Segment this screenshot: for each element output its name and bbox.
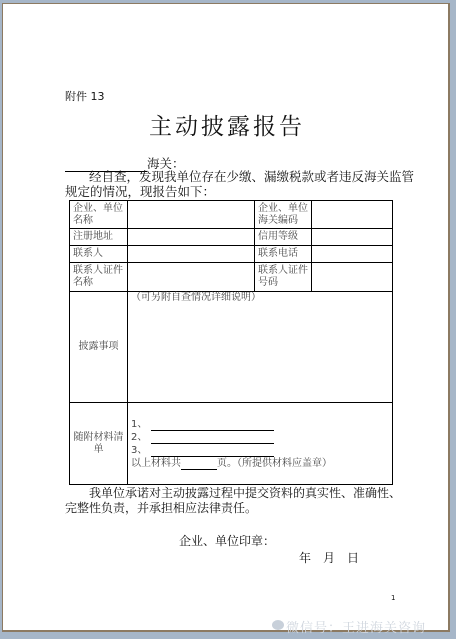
materials-list: 1、 2、 3、 以上材料共页。（所提供材料应盖章） (128, 403, 393, 485)
page-number: 1 (391, 594, 395, 602)
commitment-line-2: 完整性负责，并承担相应法律责任。 (65, 501, 401, 516)
attachment-label: 附件 13 (65, 88, 105, 104)
page-count-blank[interactable] (181, 459, 217, 470)
intro-line-1: 经自查，发现我单位存在少缴、漏缴税款或者违反海关监管 (65, 169, 414, 184)
field-label: 企业、单位海关编码 (255, 201, 312, 229)
item-number: 1、 (131, 419, 147, 430)
commitment-paragraph: 我单位承诺对主动披露过程中提交资料的真实性、准确性、 完整性负责，并承担相应法律… (65, 486, 401, 516)
materials-total: 以上材料共页。（所提供材料应盖章） (131, 457, 389, 470)
total-prefix: 以上材料共 (131, 458, 181, 469)
intro-line-2: 规定的情况，现报告如下： (65, 184, 414, 199)
wechat-icon (272, 620, 284, 630)
customs-code-field[interactable] (312, 201, 393, 229)
table-row: 披露事项 （可另附自查情况详细说明） (70, 292, 393, 403)
material-2-blank[interactable] (151, 433, 274, 444)
seal-label: 企业、单位印章： (179, 532, 275, 549)
field-label: 联系人证件号码 (255, 263, 312, 292)
material-item-2: 2、 (131, 431, 389, 444)
field-label: 联系电话 (255, 246, 312, 263)
disclosure-note: （可另附自查情况详细说明） (131, 292, 261, 303)
registered-address-field[interactable] (128, 229, 255, 246)
material-1-blank[interactable] (151, 420, 274, 431)
item-number: 3、 (131, 445, 147, 456)
document-page: 附件 13 主动披露报告 海关： 经自查，发现我单位存在少缴、漏缴税款或者违反海… (2, 3, 450, 632)
field-label: 注册地址 (70, 229, 128, 246)
total-suffix: 页。（所提供材料应盖章） (217, 458, 332, 469)
page-title: 主动披露报告 (149, 108, 305, 141)
materials-label: 随附材料清单 (70, 403, 128, 485)
field-label: 联系人 (70, 246, 128, 263)
item-number: 2、 (131, 432, 147, 443)
material-item-1: 1、 (131, 418, 389, 431)
contact-id-type-field[interactable] (128, 263, 255, 292)
field-label: 企业、单位名称 (70, 201, 128, 229)
table-row: 随附材料清单 1、 2、 3、 以上材料共页。（所提供材料应盖章） (70, 403, 393, 485)
disclosure-label: 披露事项 (70, 292, 128, 403)
table-row: 联系人证件名称 联系人证件号码 (70, 263, 393, 292)
disclosure-details-field[interactable]: （可另附自查情况详细说明） (128, 292, 393, 403)
company-name-field[interactable] (128, 201, 255, 229)
table-row: 联系人 联系电话 (70, 246, 393, 263)
watermark: 微信号：王进海关咨询 (286, 617, 426, 636)
commitment-line-1: 我单位承诺对主动披露过程中提交资料的真实性、准确性、 (65, 486, 401, 501)
disclosure-form-table: 企业、单位名称 企业、单位海关编码 注册地址 信用等级 联系人 联系电话 联系人… (69, 200, 393, 485)
intro-paragraph: 经自查，发现我单位存在少缴、漏缴税款或者违反海关监管 规定的情况，现报告如下： (65, 169, 414, 199)
table-row: 注册地址 信用等级 (70, 229, 393, 246)
material-item-3: 3、 (131, 444, 389, 457)
contact-person-field[interactable] (128, 246, 255, 263)
material-3-blank[interactable] (151, 446, 274, 457)
table-row: 企业、单位名称 企业、单位海关编码 (70, 201, 393, 229)
field-label: 联系人证件名称 (70, 263, 128, 292)
field-label: 信用等级 (255, 229, 312, 246)
credit-level-field[interactable] (312, 229, 393, 246)
contact-id-number-field[interactable] (312, 263, 393, 292)
date-label: 年 月 日 (299, 549, 359, 566)
contact-phone-field[interactable] (312, 246, 393, 263)
